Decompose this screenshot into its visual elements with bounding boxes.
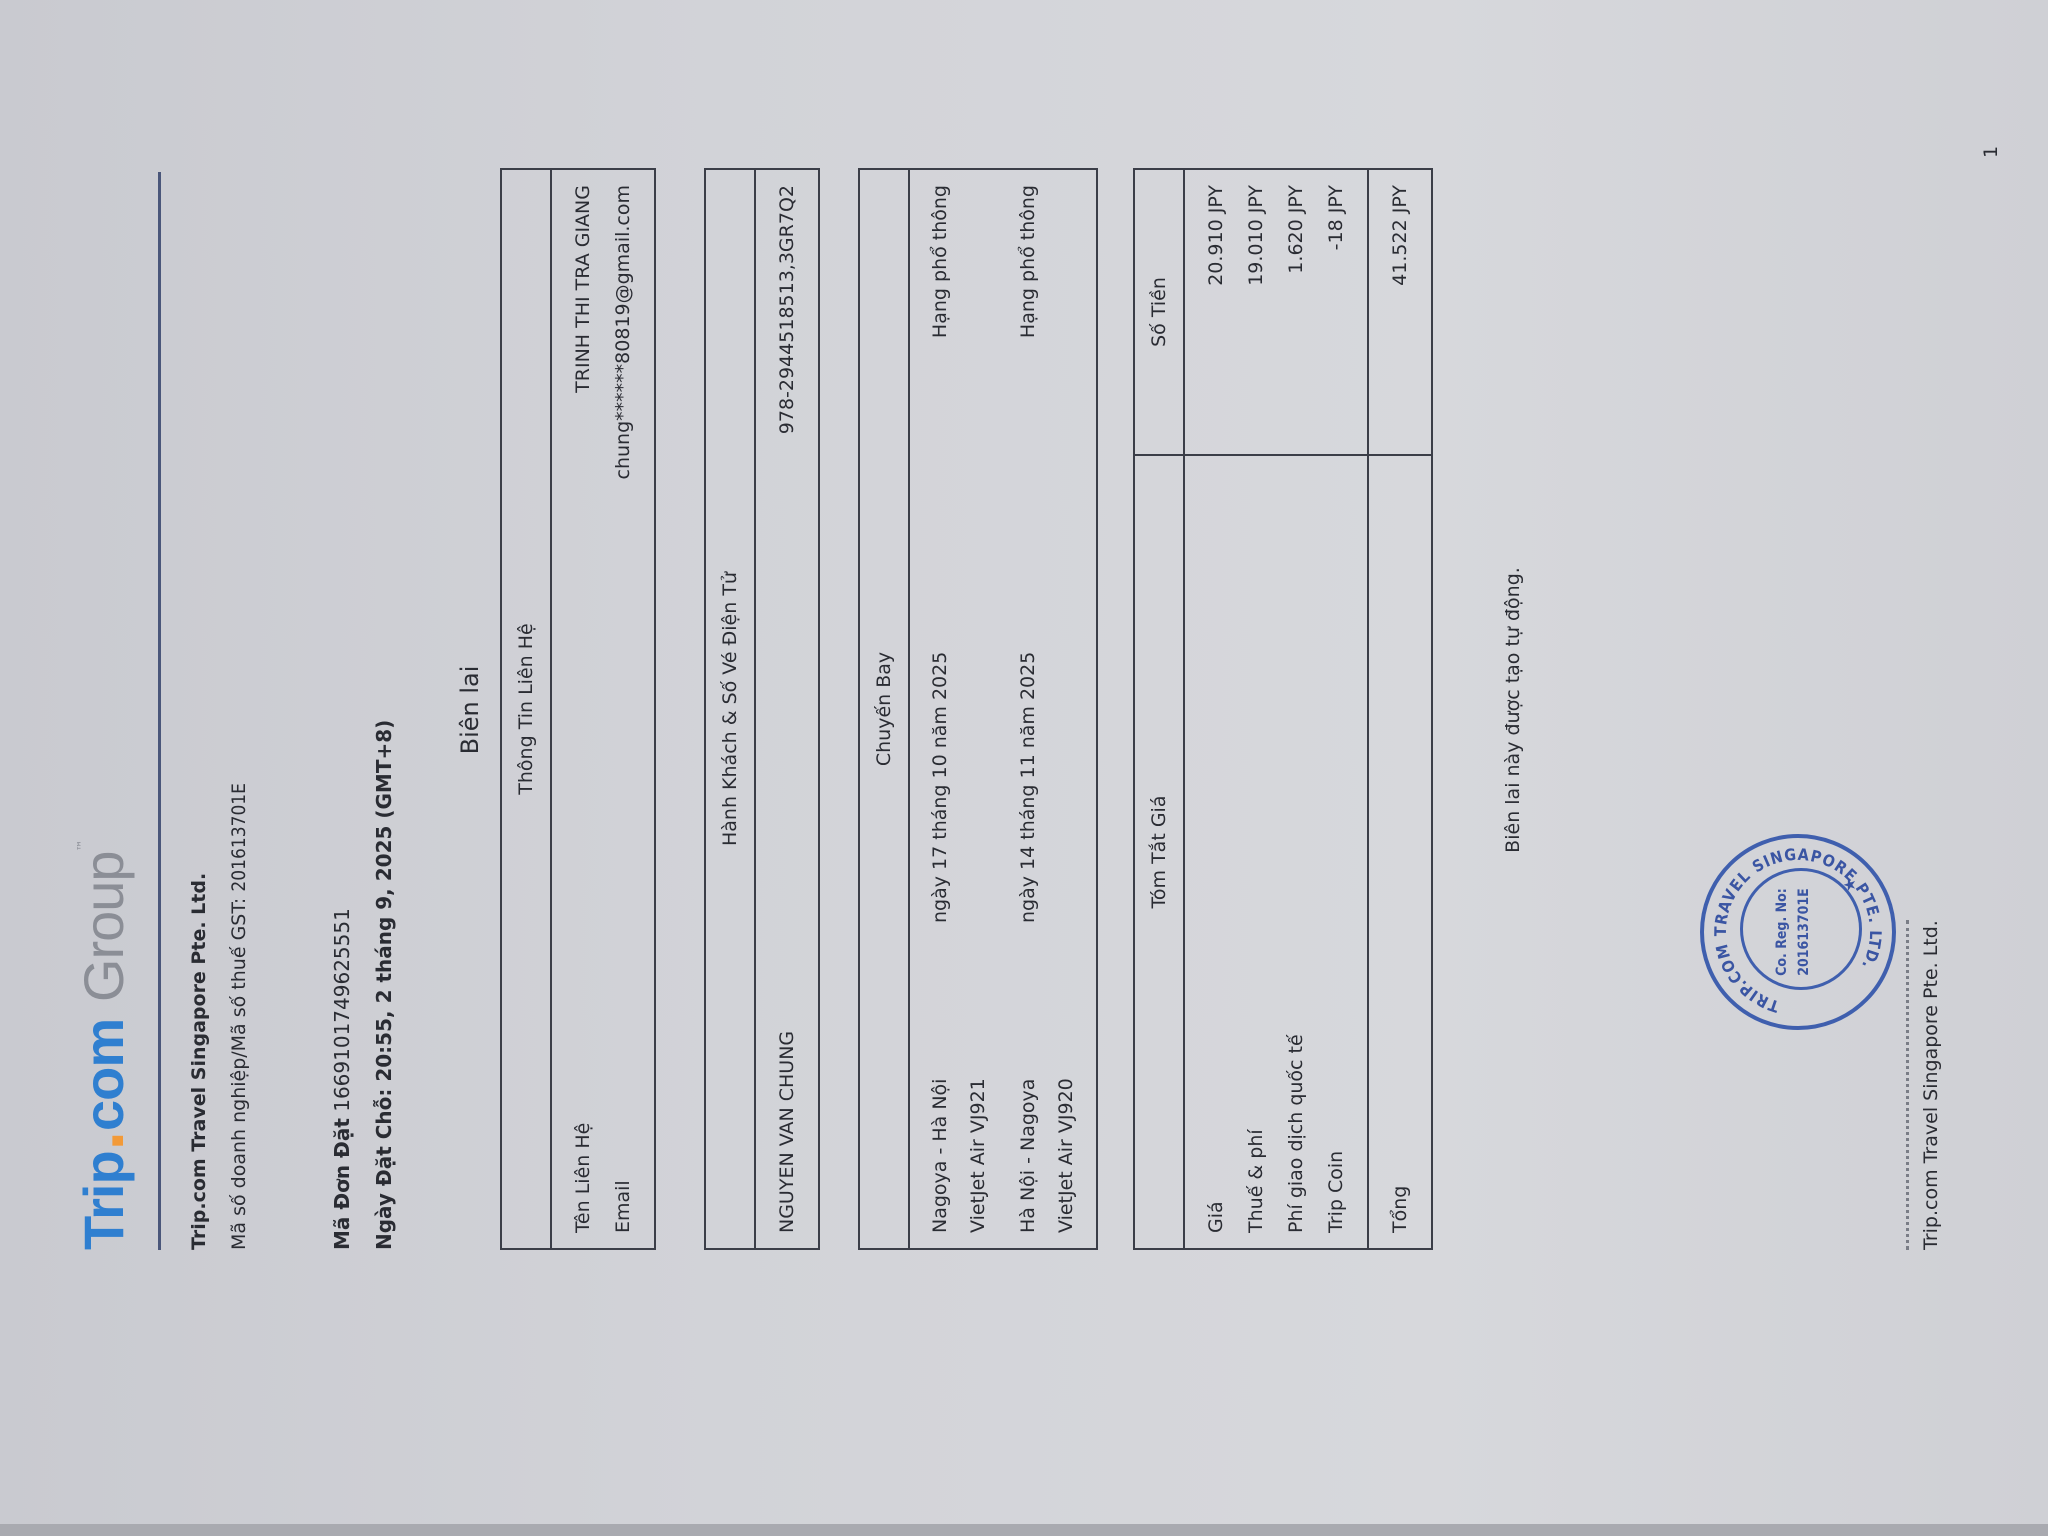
contact-name-label: Tên Liên Hệ: [563, 1123, 603, 1233]
page-number: 1: [1980, 146, 2002, 158]
company-name: Trip.com Travel Singapore Pte. Ltd.: [188, 873, 210, 1250]
price-summary-table: Tóm Tắt Giá Số Tiền Giá Thuế & phí Phí g…: [1133, 168, 1433, 1250]
flights-body: Nagoya - Hà Nội VietJet Air VJ921 ngày 1…: [909, 169, 1097, 1249]
contact-email-value: chung******80819@gmail.com: [603, 185, 643, 479]
passenger-ticket-table: Hành Khách & Số Vé Điện Tử NGUYEN VAN CH…: [704, 168, 820, 1250]
header-divider: [158, 172, 161, 1250]
total-amount: 41.522 JPY: [1370, 171, 1430, 453]
contact-email-label: Email: [603, 1180, 643, 1233]
contact-info-table: Thông Tin Liên Hệ Tên Liên Hệ TRINH THI …: [500, 168, 656, 1250]
star-icon: ★: [1840, 878, 1859, 892]
receipt-page: Trip.com Group™ Trip.com Travel Singapor…: [0, 0, 2048, 1536]
e-ticket-numbers: 978-2944518513,3GR7Q2: [767, 185, 807, 434]
passenger-header: Hành Khách & Số Vé Điện Tử: [705, 169, 755, 1249]
order-number: 1669101749625551: [330, 908, 354, 1112]
price-item-label: Trip Coin: [1316, 471, 1356, 1233]
flights-table: Chuyến Bay Nagoya - Hà Nội VietJet Air V…: [858, 168, 1098, 1250]
logo-trademark: ™: [75, 840, 89, 851]
flight-class: Hạng phổ thông: [921, 185, 997, 338]
auto-generated-note: Biên lai này được tạo tự động.: [1502, 170, 1524, 1250]
price-labels-cell: Giá Thuế & phí Phí giao dịch quốc tế Tri…: [1184, 455, 1368, 1249]
trip-com-group-logo: Trip.com Group™: [76, 840, 133, 1250]
flight-date: ngày 17 tháng 10 năm 2025: [921, 338, 997, 933]
booking-date-label: Ngày Đặt Chỗ:: [372, 1089, 396, 1250]
logo-group: Group: [72, 851, 135, 1002]
contact-info-header: Thông Tin Liên Hệ: [501, 169, 551, 1249]
booking-date: 20:55, 2 tháng 9, 2025 (GMT+8): [372, 720, 396, 1082]
flight-route: Nagoya - Hà Nội: [921, 933, 959, 1233]
total-amount-cell: 41.522 JPY: [1368, 169, 1432, 455]
price-item-amount: 19.010 JPY: [1236, 185, 1276, 439]
passenger-row: NGUYEN VAN CHUNG 978-2944518513,3GR7Q2: [767, 185, 807, 1233]
logo-brand-suffix: com: [72, 1019, 135, 1131]
price-item-amount: 1.620 JPY: [1276, 185, 1316, 439]
company-tax-line: Mã số doanh nghiệp/Mã số thuế GST: 20161…: [228, 783, 250, 1250]
price-item-label: Thuế & phí: [1236, 471, 1276, 1233]
flight-route: Hà Nội - Nagoya: [1009, 933, 1047, 1233]
stamp-reg-number: 201613701E: [1796, 838, 1812, 1026]
contact-email-row: Email chung******80819@gmail.com: [603, 185, 643, 1233]
stamp-reg-label: Co. Reg. No:: [1774, 838, 1790, 1026]
price-item-amount: 20.910 JPY: [1196, 185, 1236, 439]
order-number-label: Mã Đơn Đặt: [330, 1118, 354, 1250]
passenger-name: NGUYEN VAN CHUNG: [767, 1031, 807, 1233]
logo-brand: Trip: [72, 1151, 135, 1250]
contact-name-row: Tên Liên Hệ TRINH THI TRA GIANG: [563, 185, 603, 1233]
price-amounts-cell: 20.910 JPY 19.010 JPY 1.620 JPY -18 JPY: [1184, 169, 1368, 455]
price-item-label: Giá: [1196, 471, 1236, 1233]
signature-company-name: Trip.com Travel Singapore Pte. Ltd.: [1920, 920, 1942, 1250]
flight-date: ngày 14 tháng 11 năm 2025: [1009, 338, 1085, 933]
order-number-line: Mã Đơn Đặt 1669101749625551: [330, 908, 354, 1250]
flights-header: Chuyến Bay: [859, 169, 909, 1249]
company-stamp: TRIP.COM TRAVEL SINGAPORE PTE. LTD. Co. …: [1700, 834, 1896, 1030]
logo-dot: .: [72, 1131, 137, 1151]
flight-row: Hà Nội - Nagoya VietJet Air VJ920 ngày 1…: [1009, 185, 1085, 1233]
flight-carrier: VietJet Air VJ921: [959, 933, 997, 1233]
signature-line: [1906, 920, 1909, 1250]
tax-label: Mã số doanh nghiệp/Mã số thuế GST:: [228, 898, 250, 1250]
amount-header: Số Tiền: [1134, 169, 1184, 455]
tax-id: 201613701E: [228, 783, 250, 892]
passenger-body: NGUYEN VAN CHUNG 978-2944518513,3GR7Q2: [755, 169, 819, 1249]
total-label: Tổng: [1370, 457, 1430, 1247]
total-label-cell: Tổng: [1368, 455, 1432, 1249]
booking-date-line: Ngày Đặt Chỗ: 20:55, 2 tháng 9, 2025 (GM…: [372, 720, 396, 1250]
receipt-title: Biên lai: [456, 170, 484, 1250]
flight-class: Hạng phổ thông: [1009, 185, 1085, 338]
contact-name-value: TRINH THI TRA GIANG: [563, 185, 603, 393]
price-summary-header: Tóm Tắt Giá: [1134, 455, 1184, 1249]
price-item-amount: -18 JPY: [1316, 185, 1356, 439]
flight-carrier: VietJet Air VJ920: [1047, 933, 1085, 1233]
contact-info-body: Tên Liên Hệ TRINH THI TRA GIANG Email ch…: [551, 169, 655, 1249]
flight-row: Nagoya - Hà Nội VietJet Air VJ921 ngày 1…: [921, 185, 997, 1233]
price-item-label: Phí giao dịch quốc tế: [1276, 471, 1316, 1233]
